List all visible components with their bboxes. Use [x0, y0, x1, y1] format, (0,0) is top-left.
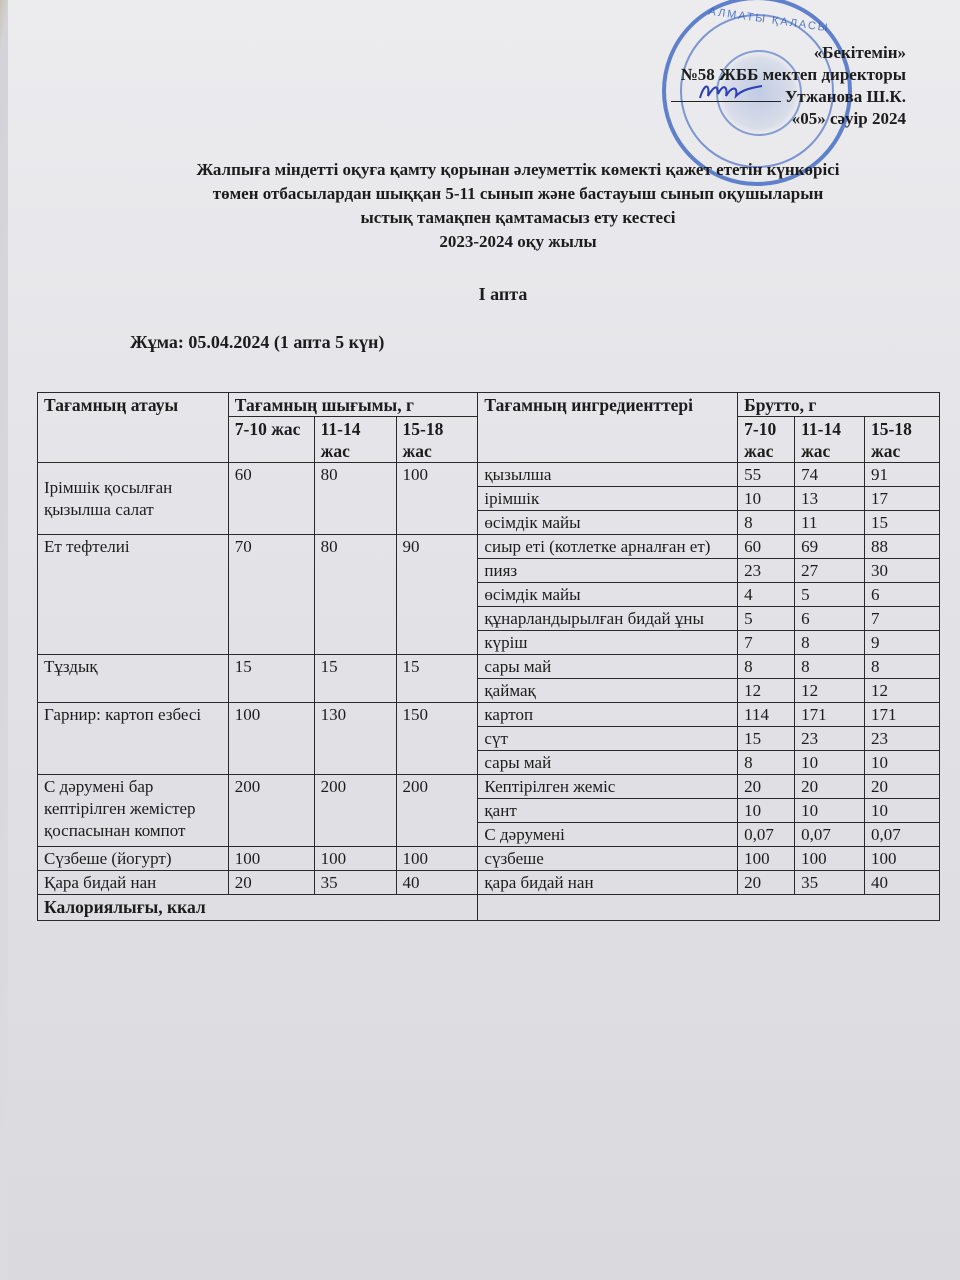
dish-output-value: 200 — [396, 775, 478, 847]
menu-table: Тағамның атауы Тағамның шығымы, г Тағамн… — [37, 392, 940, 921]
day-label: Жұма: 05.04.2024 (1 апта 5 күн) — [130, 332, 384, 353]
approval-date: «05» сәуір 2024 — [671, 108, 906, 130]
header-output: Тағамның шығымы, г — [228, 393, 478, 417]
academic-year: 2023-2024 оқу жылы — [118, 230, 918, 254]
table-row: Тұздық151515сары май888 — [38, 655, 940, 679]
ingredient-brutto-value: 6 — [865, 583, 940, 607]
header-age-11-14: 11-14 жас — [314, 417, 396, 463]
ingredient-name: сары май — [478, 655, 738, 679]
ingredient-name: сиыр еті (котлетке арналған ет) — [478, 535, 738, 559]
ingredient-name: қара бидай нан — [478, 871, 738, 895]
ingredient-brutto-value: 9 — [865, 631, 940, 655]
header-brutto: Брутто, г — [738, 393, 940, 417]
ingredient-name: күріш — [478, 631, 738, 655]
dish-output-value: 200 — [314, 775, 396, 847]
title-line-3: ыстық тамақпен қамтамасыз ету кестесі — [118, 206, 918, 230]
menu-table-body: Ірімшік қосылған қызылша салат6080100қыз… — [38, 463, 940, 895]
ingredient-brutto-value: 20 — [795, 775, 865, 799]
document-title: Жалпыға міндетті оқуға қамту қорынан әле… — [118, 158, 918, 254]
dish-output-value: 150 — [396, 703, 478, 775]
dish-name: Ет тефтелиі — [38, 535, 229, 655]
ingredient-brutto-value: 11 — [795, 511, 865, 535]
ingredient-name: ірімшік — [478, 487, 738, 511]
ingredient-brutto-value: 12 — [865, 679, 940, 703]
ingredient-brutto-value: 10 — [795, 751, 865, 775]
approval-position: №58 ЖББ мектеп директоры — [671, 64, 906, 86]
ingredient-brutto-value: 0,07 — [738, 823, 795, 847]
table-row: Қара бидай нан203540қара бидай нан203540 — [38, 871, 940, 895]
title-line-2: төмен отбасылардан шыққан 5-11 сынып жән… — [118, 182, 918, 206]
dish-output-value: 100 — [396, 463, 478, 535]
ingredient-brutto-value: 8 — [738, 511, 795, 535]
approval-signatory: Утжанова Ш.К. — [671, 86, 906, 108]
dish-name: С дәрумені бар кептірілген жемістер қосп… — [38, 775, 229, 847]
dish-output-value: 100 — [314, 847, 396, 871]
ingredient-brutto-value: 10 — [865, 751, 940, 775]
ingredient-brutto-value: 30 — [865, 559, 940, 583]
table-row: Сүзбеше (йогурт)100100100сүзбеше10010010… — [38, 847, 940, 871]
table-row: Ет тефтелиі708090сиыр еті (котлетке арна… — [38, 535, 940, 559]
ingredient-brutto-value: 10 — [795, 799, 865, 823]
ingredient-name: сары май — [478, 751, 738, 775]
dish-output-value: 40 — [396, 871, 478, 895]
ingredient-brutto-value: 5 — [738, 607, 795, 631]
ingredient-brutto-value: 171 — [795, 703, 865, 727]
ingredient-brutto-value: 12 — [738, 679, 795, 703]
ingredient-name: сүзбеше — [478, 847, 738, 871]
document-page: АЛМАТЫ ҚАЛАСЫ «Бекітемін» №58 ЖББ мектеп… — [8, 0, 960, 1280]
ingredient-name: пияз — [478, 559, 738, 583]
header-ingredients: Тағамның ингредиенттері — [478, 393, 738, 463]
ingredient-name: өсімдік майы — [478, 511, 738, 535]
ingredient-brutto-value: 20 — [738, 775, 795, 799]
dish-output-value: 70 — [228, 535, 314, 655]
ingredient-brutto-value: 8 — [795, 655, 865, 679]
ingredient-brutto-value: 55 — [738, 463, 795, 487]
header-brutto-age-11-14: 11-14 жас — [795, 417, 865, 463]
ingredient-brutto-value: 91 — [865, 463, 940, 487]
ingredient-brutto-value: 23 — [795, 727, 865, 751]
dish-output-value: 15 — [396, 655, 478, 703]
dish-output-value: 80 — [314, 463, 396, 535]
ingredient-name: қаймақ — [478, 679, 738, 703]
signature-line — [671, 87, 781, 102]
ingredient-brutto-value: 114 — [738, 703, 795, 727]
ingredient-brutto-value: 100 — [738, 847, 795, 871]
ingredient-name: картоп — [478, 703, 738, 727]
header-brutto-age-7-10: 7-10 жас — [738, 417, 795, 463]
ingredient-brutto-value: 23 — [865, 727, 940, 751]
ingredient-brutto-value: 8 — [865, 655, 940, 679]
ingredient-brutto-value: 15 — [738, 727, 795, 751]
dish-output-value: 100 — [228, 703, 314, 775]
ingredient-brutto-value: 17 — [865, 487, 940, 511]
header-dish-name: Тағамның атауы — [38, 393, 229, 463]
header-age-15-18: 15-18 жас — [396, 417, 478, 463]
dish-name: Қара бидай нан — [38, 871, 229, 895]
approval-block: «Бекітемін» №58 ЖББ мектеп директоры Утж… — [671, 42, 906, 130]
title-line-1: Жалпыға міндетті оқуға қамту қорынан әле… — [118, 158, 918, 182]
dish-output-value: 80 — [314, 535, 396, 655]
dish-output-value: 15 — [228, 655, 314, 703]
ingredient-brutto-value: 27 — [795, 559, 865, 583]
ingredient-name: өсімдік майы — [478, 583, 738, 607]
header-age-7-10: 7-10 жас — [228, 417, 314, 463]
stamp-outer-text: АЛМАТЫ ҚАЛАСЫ — [708, 6, 830, 35]
approval-name: Утжанова Ш.К. — [785, 87, 906, 106]
calories-value — [478, 895, 940, 921]
ingredient-name: С дәрумені — [478, 823, 738, 847]
ingredient-brutto-value: 35 — [795, 871, 865, 895]
ingredient-brutto-value: 15 — [865, 511, 940, 535]
ingredient-brutto-value: 40 — [865, 871, 940, 895]
ingredient-brutto-value: 60 — [738, 535, 795, 559]
table-row: Ірімшік қосылған қызылша салат6080100қыз… — [38, 463, 940, 487]
dish-name: Тұздық — [38, 655, 229, 703]
ingredient-brutto-value: 7 — [738, 631, 795, 655]
ingredient-brutto-value: 0,07 — [795, 823, 865, 847]
dish-output-value: 60 — [228, 463, 314, 535]
ingredient-name: Кептірілген жеміс — [478, 775, 738, 799]
header-brutto-age-15-18: 15-18 жас — [865, 417, 940, 463]
ingredient-brutto-value: 13 — [795, 487, 865, 511]
ingredient-brutto-value: 20 — [865, 775, 940, 799]
ingredient-brutto-value: 10 — [738, 799, 795, 823]
ingredient-brutto-value: 88 — [865, 535, 940, 559]
ingredient-brutto-value: 20 — [738, 871, 795, 895]
ingredient-brutto-value: 0,07 — [865, 823, 940, 847]
ingredient-name: қызылша — [478, 463, 738, 487]
ingredient-brutto-value: 74 — [795, 463, 865, 487]
ingredient-brutto-value: 12 — [795, 679, 865, 703]
ingredient-brutto-value: 8 — [738, 751, 795, 775]
ingredient-name: құнарландырылған бидай ұны — [478, 607, 738, 631]
ingredient-brutto-value: 100 — [795, 847, 865, 871]
ingredient-brutto-value: 5 — [795, 583, 865, 607]
ingredient-name: қант — [478, 799, 738, 823]
ingredient-brutto-value: 7 — [865, 607, 940, 631]
ingredient-brutto-value: 171 — [865, 703, 940, 727]
dish-name: Сүзбеше (йогурт) — [38, 847, 229, 871]
dish-output-value: 90 — [396, 535, 478, 655]
dish-output-value: 100 — [228, 847, 314, 871]
ingredient-brutto-value: 4 — [738, 583, 795, 607]
ingredient-brutto-value: 100 — [865, 847, 940, 871]
table-row: С дәрумені бар кептірілген жемістер қосп… — [38, 775, 940, 799]
dish-output-value: 130 — [314, 703, 396, 775]
ingredient-brutto-value: 6 — [795, 607, 865, 631]
dish-output-value: 100 — [396, 847, 478, 871]
ingredient-brutto-value: 23 — [738, 559, 795, 583]
approval-heading: «Бекітемін» — [671, 42, 906, 64]
dish-output-value: 200 — [228, 775, 314, 847]
calories-label: Калориялығы, ккал — [38, 895, 478, 921]
dish-output-value: 15 — [314, 655, 396, 703]
dish-output-value: 20 — [228, 871, 314, 895]
ingredient-brutto-value: 69 — [795, 535, 865, 559]
ingredient-name: сүт — [478, 727, 738, 751]
dish-name: Ірімшік қосылған қызылша салат — [38, 463, 229, 535]
ingredient-brutto-value: 8 — [795, 631, 865, 655]
ingredient-brutto-value: 10 — [738, 487, 795, 511]
dish-output-value: 35 — [314, 871, 396, 895]
ingredient-brutto-value: 8 — [738, 655, 795, 679]
calories-row: Калориялығы, ккал — [38, 895, 940, 921]
week-label: І апта — [8, 284, 960, 305]
ingredient-brutto-value: 10 — [865, 799, 940, 823]
table-row: Гарнир: картоп езбесі100130150картоп1141… — [38, 703, 940, 727]
dish-name: Гарнир: картоп езбесі — [38, 703, 229, 775]
